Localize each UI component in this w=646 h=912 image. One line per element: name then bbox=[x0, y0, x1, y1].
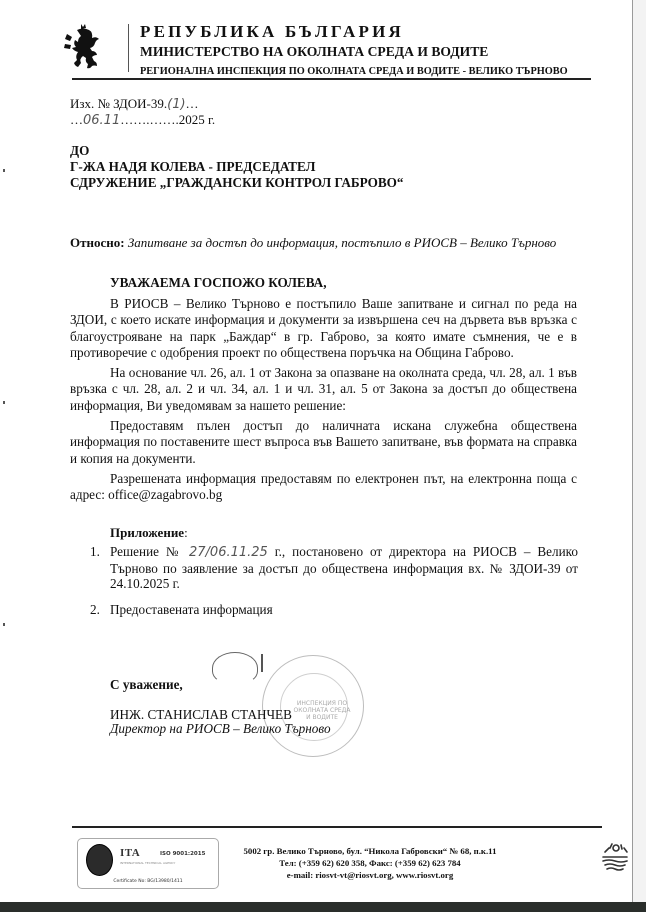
header-inspectorate: РЕГИОНАЛНА ИНСПЕКЦИЯ ПО ОКОЛНАТА СРЕДА И… bbox=[140, 66, 568, 77]
header-divider bbox=[128, 24, 129, 72]
attachment-item: 1. Решение № 27/06.11.25 г., постановено… bbox=[90, 544, 578, 592]
body-paragraph: В РИОСВ – Велико Търново е постъпило Ваш… bbox=[70, 296, 577, 361]
body-paragraph: Разрешената информация предоставям по ел… bbox=[70, 471, 577, 504]
scan-mark bbox=[3, 623, 5, 626]
contact-phone: Тел: (+359 62) 620 358, Факс: (+359 62) … bbox=[225, 857, 515, 869]
outgoing-date: …06.11…….…….2025 г. bbox=[70, 112, 215, 128]
recipient-organization: СДРУЖЕНИЕ „ГРАЖДАНСКИ КОНТРОЛ ГАБРОВО“ bbox=[70, 175, 404, 191]
ita-logo: ITA bbox=[120, 847, 140, 859]
recipient-to: ДО bbox=[70, 143, 89, 159]
handwritten-number: (1) bbox=[167, 97, 185, 112]
iso-certificate-badge: ITA INTERNATIONAL TECHNICAL AGENCY ISO 9… bbox=[77, 838, 219, 889]
lion-crest-icon bbox=[63, 22, 103, 74]
body-paragraph: На основание чл. 26, ал. 1 от Закона за … bbox=[70, 365, 577, 414]
viewer-bottom-bar bbox=[0, 902, 646, 912]
subject-label: Относно: bbox=[70, 235, 125, 250]
contact-email: e-mail: riosvt-vt@riosvt.org, www.riosvt… bbox=[225, 869, 515, 881]
sun-waves-logo-icon bbox=[600, 842, 630, 876]
certificate-number: Certificate No: BG/13980/1411 bbox=[78, 879, 218, 884]
subject-line: Относно: Запитване за достъп до информац… bbox=[70, 235, 556, 251]
header-rule bbox=[72, 78, 591, 80]
header-country: РЕПУБЛИКА БЪЛГАРИЯ bbox=[140, 22, 404, 42]
signature-stroke bbox=[261, 654, 263, 672]
subject-text: Запитване за достъп до информация, постъ… bbox=[128, 235, 556, 250]
recipient-name: Г-ЖА НАДЯ КОЛЕВА - ПРЕДСЕДАТЕЛ bbox=[70, 159, 315, 175]
stamp-text: ИНСПЕКЦИЯ ПО ОКОЛНАТА СРЕДА И ВОДИТЕ bbox=[292, 700, 352, 721]
viewer-scrollbar[interactable] bbox=[632, 0, 646, 902]
footer-rule bbox=[72, 826, 602, 828]
handwritten-decision-number: 27/06.11.25 bbox=[189, 545, 268, 560]
attachments-list: 1. Решение № 27/06.11.25 г., постановено… bbox=[90, 544, 578, 627]
closing: С уважение, bbox=[110, 677, 183, 693]
attachment-item: 2. Предоставената информация bbox=[90, 602, 578, 618]
iso-standard: ISO 9001:2015 bbox=[160, 851, 205, 857]
handwritten-date: 06.11 bbox=[83, 113, 120, 128]
salutation: УВАЖАЕМА ГОСПОЖО КОЛЕВА, bbox=[110, 275, 327, 291]
outgoing-number: Изх. № ЗДОИ-39.(1)… bbox=[70, 96, 199, 112]
body-paragraph: Предоставям пълен достъп до наличната ис… bbox=[70, 418, 577, 467]
signer-title: Директор на РИОСВ – Велико Търново bbox=[110, 721, 331, 737]
contact-address: 5002 гр. Велико Търново, бул. “Никола Га… bbox=[225, 845, 515, 857]
accredia-seal-icon bbox=[86, 844, 113, 876]
scan-mark bbox=[3, 401, 5, 404]
scan-mark bbox=[3, 169, 5, 172]
signature-mark bbox=[212, 652, 258, 684]
contact-info: 5002 гр. Велико Търново, бул. “Никола Га… bbox=[225, 845, 515, 881]
ita-logo-subtitle: INTERNATIONAL TECHNICAL AGENCY bbox=[120, 861, 175, 865]
document-page: РЕПУБЛИКА БЪЛГАРИЯ МИНИСТЕРСТВО НА ОКОЛН… bbox=[0, 0, 632, 902]
attachments-title: Приложение: bbox=[110, 525, 188, 541]
header-ministry: МИНИСТЕРСТВО НА ОКОЛНАТА СРЕДА И ВОДИТЕ bbox=[140, 44, 488, 60]
